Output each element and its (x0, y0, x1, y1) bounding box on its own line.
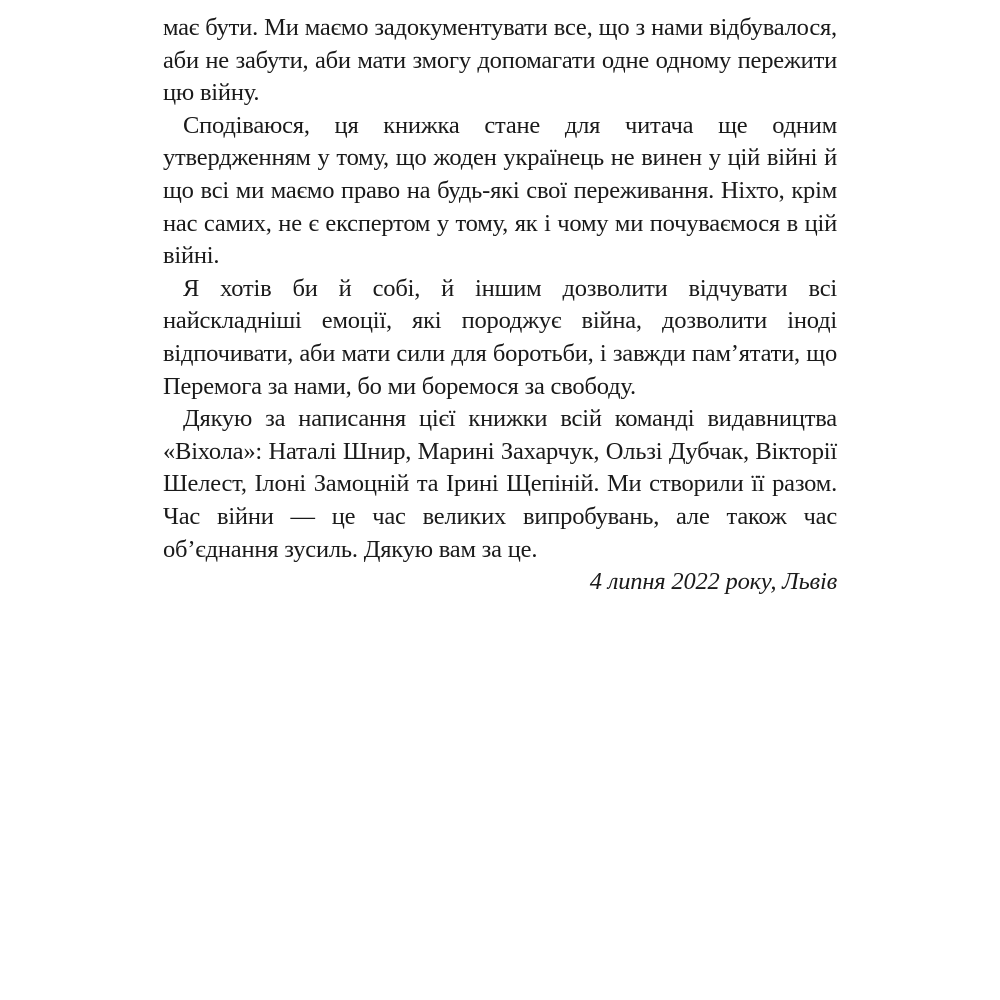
paragraph-continuation: має бути. Ми маємо задокументувати все, … (163, 12, 837, 110)
paragraph-hope: Сподіваюся, ця книжка стане для читача щ… (163, 110, 837, 273)
document-page: має бути. Ми маємо задокументувати все, … (163, 12, 837, 599)
paragraph-emotions: Я хотів би й собі, й іншим дозволити від… (163, 273, 837, 403)
paragraph-acknowledgements: Дякую за написання цієї книжки всій кома… (163, 403, 837, 566)
date-place-signature: 4 липня 2022 року, Львів (163, 566, 837, 599)
